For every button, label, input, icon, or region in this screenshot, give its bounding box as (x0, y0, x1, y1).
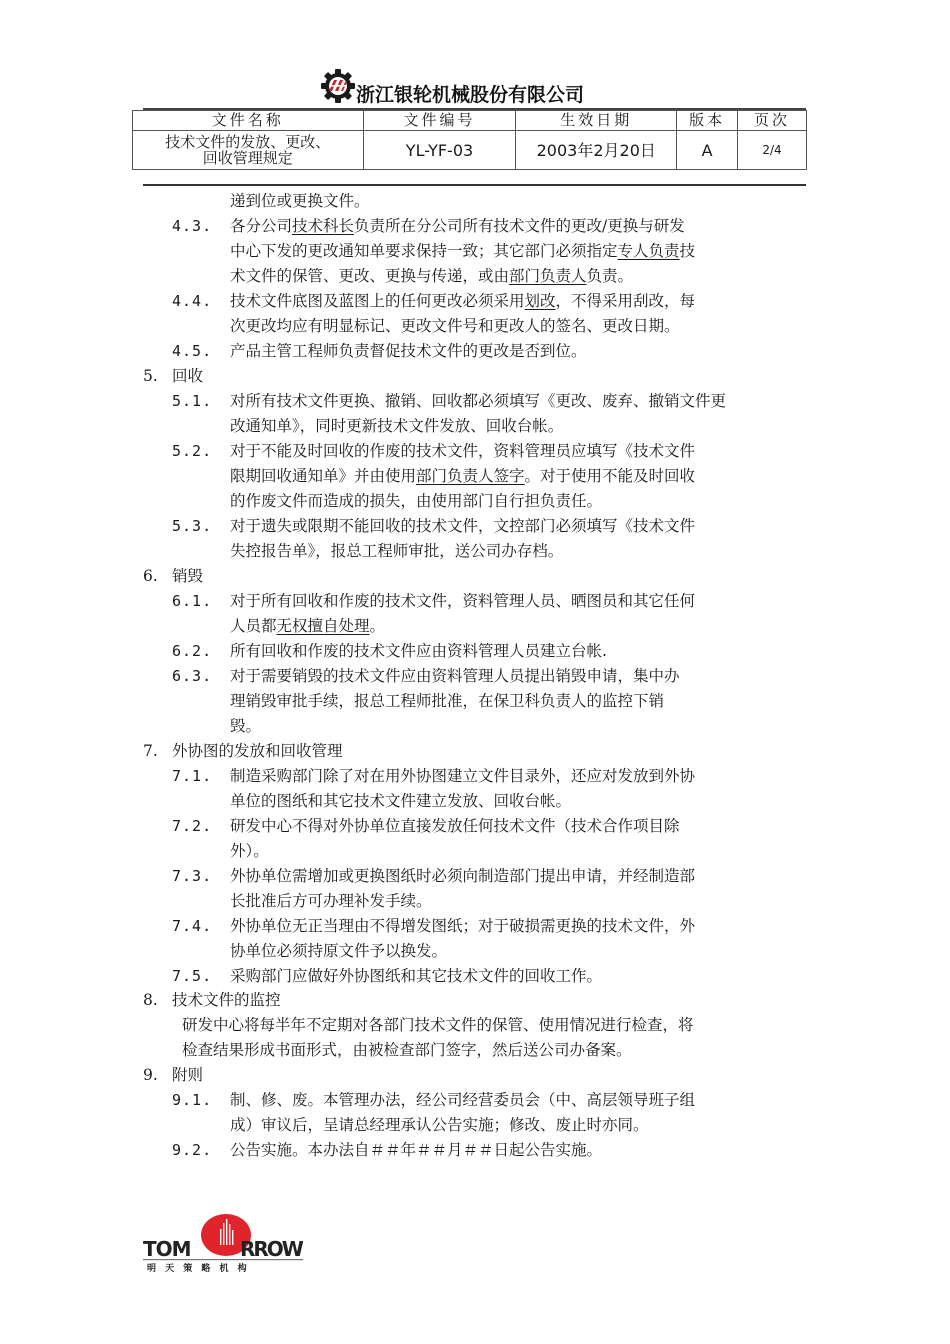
underlined-term: 技术科长 (292, 217, 354, 235)
svg-text:RROW: RROW (240, 1237, 303, 1261)
header-doc-number: 文件编号 (363, 111, 516, 131)
underlined-term: 无权擅自处理 (277, 617, 370, 635)
meta-value-row: 技术文件的发放、更改、 回收管理规定 YL-YF-03 2003年2月20日 A… (133, 131, 807, 170)
page-cell: 2/4 (738, 131, 807, 170)
doc-name-cell: 技术文件的发放、更改、 回收管理规定 (133, 131, 364, 170)
company-name: 浙江银轮机械股份有限公司 (356, 84, 584, 106)
underlined-term: 划改 (525, 292, 556, 310)
underlined-term: 专人负责 (618, 242, 680, 260)
header-page: 页次 (738, 111, 807, 131)
svg-text:TOM: TOM (143, 1237, 191, 1261)
doc-number-cell: YL-YF-03 (363, 131, 516, 170)
header-doc-name: 文件名称 (133, 111, 364, 131)
header-effective-date: 生效日期 (516, 111, 677, 131)
version-cell: A (677, 131, 738, 170)
gear-logo-icon (320, 68, 356, 104)
meta-header-row: 文件名称 文件编号 生效日期 版本 页次 (133, 111, 807, 131)
effective-date-cell: 2003年2月20日 (516, 131, 677, 170)
company-header: 浙江银轮机械股份有限公司 (320, 66, 584, 106)
header-separator-rule (143, 184, 806, 186)
header-version: 版本 (677, 111, 738, 131)
doc-name-line2: 回收管理规定 (133, 150, 363, 166)
underlined-term: 部门负责人 (509, 267, 587, 285)
doc-name-line1: 技术文件的发放、更改、 (133, 134, 363, 150)
document-meta-table: 文件名称 文件编号 生效日期 版本 页次 技术文件的发放、更改、 回收管理规定 … (132, 110, 807, 170)
underlined-term: 部门负责人签字 (416, 467, 525, 485)
tomorrow-logo-icon: TOM RROW 明 天 策 略 机 构 (143, 1213, 303, 1273)
svg-text:明 天 策 略 机 构: 明 天 策 略 机 构 (147, 1262, 250, 1273)
